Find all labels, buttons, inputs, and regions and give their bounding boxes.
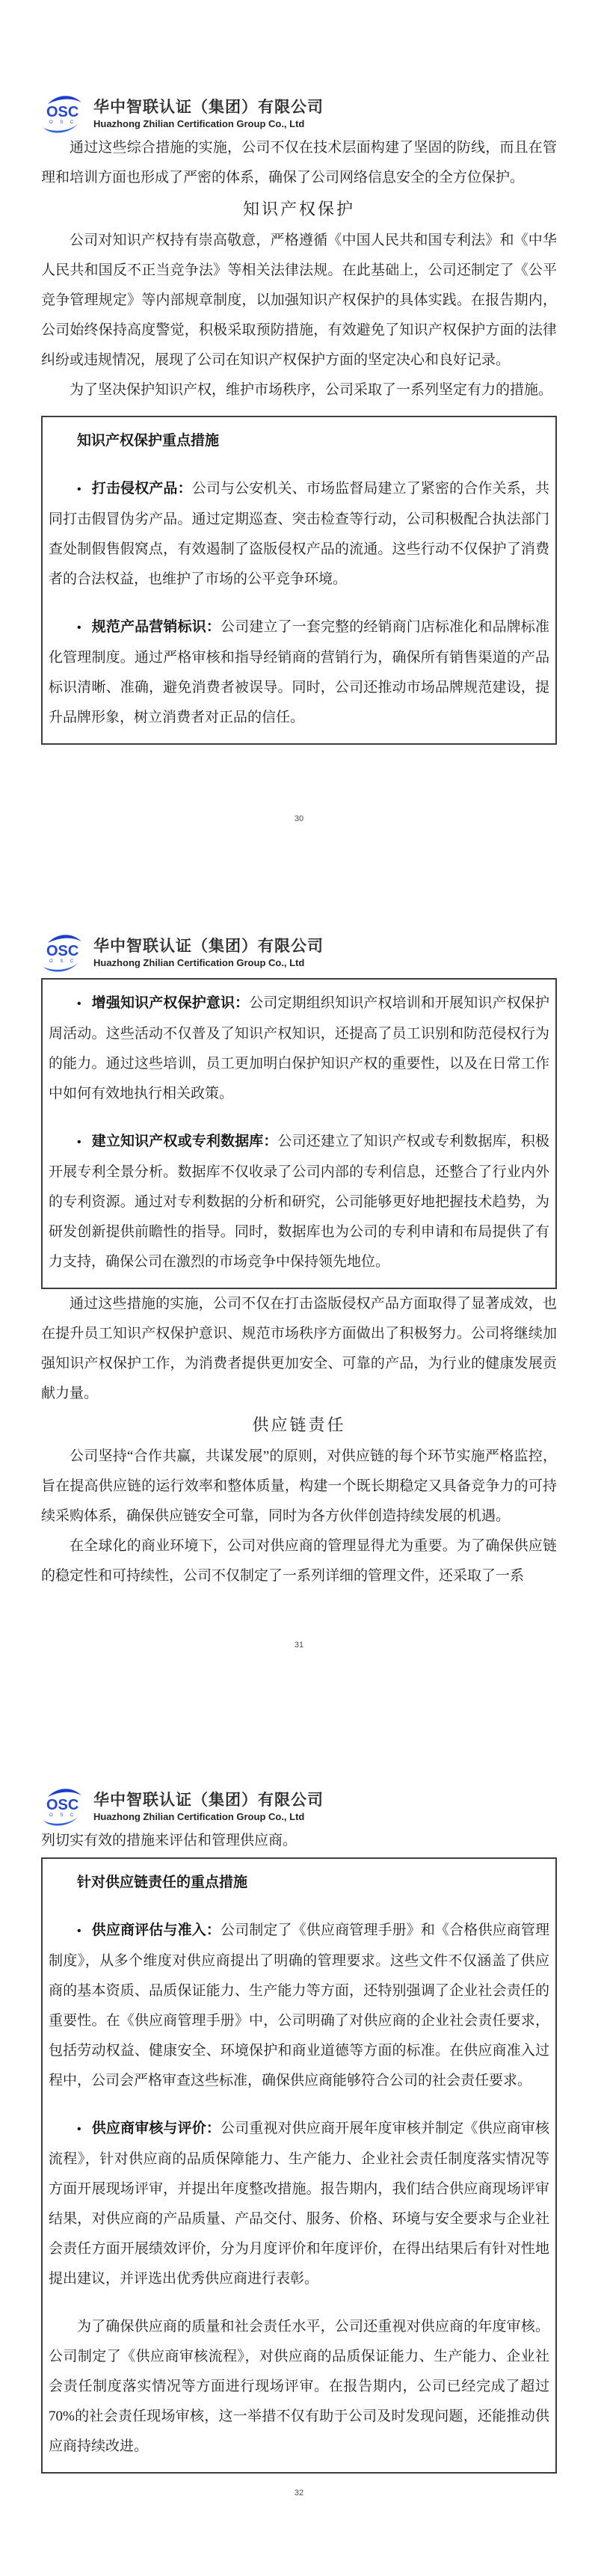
company-name-cn: 华中智联认证（集团）有限公司 <box>93 1790 324 1810</box>
paragraph-supplier-management-continued: 列切实有效的措施来评估和管理供应商。 <box>41 1826 557 1856</box>
measure-text: 公司定期组织知识产权培训和开展知识产权保护周活动。这些活动不仅普及了知识产权知识… <box>49 995 549 1101</box>
logo-subtext: O S C <box>49 120 76 125</box>
section-title-supply-chain: 供应链责任 <box>41 1409 557 1442</box>
measure-label: 规范产品营销标识： <box>92 619 221 635</box>
logo-subtext: O S C <box>49 1813 76 1818</box>
logo-text: OSC <box>46 943 78 959</box>
measure-item-patent-database: •建立知识产权或专利数据库：公司还建立了知识产权或专利数据库，积极开展专利全景分… <box>49 1127 549 1277</box>
company-name-cn: 华中智联认证（集团）有限公司 <box>93 936 324 956</box>
page-number: 32 <box>0 2488 598 2499</box>
paragraph-network-security-summary: 通过这些综合措施的实施，公司不仅在技术层面构建了坚固的防线，而且在管理和培训方面… <box>41 133 557 193</box>
page-number: 30 <box>0 814 598 825</box>
logo-text: OSC <box>46 1797 78 1813</box>
bullet-icon: • <box>77 1136 81 1149</box>
ip-key-measures-box: 知识产权保护重点措施 •打击侵权产品：公司与公安机关、市场监督局建立了紧密的合作… <box>41 416 557 745</box>
measure-label: 供应商审核与评价： <box>92 2121 221 2136</box>
company-name-en: Huazhong Zhilian Certification Group Co.… <box>93 1810 324 1823</box>
logo-subtext: O S C <box>49 959 76 964</box>
company-names: 华中智联认证（集团）有限公司 Huazhong Zhilian Certific… <box>93 97 324 130</box>
paragraph-ip-results: 通过这些措施的实施，公司不仅在打击盗版侵权产品方面取得了显著成效，也在提升员工知… <box>41 1289 557 1409</box>
company-name-en: Huazhong Zhilian Certification Group Co.… <box>93 956 324 969</box>
measure-item-supplier-assessment: •供应商评估与准入：公司制定了《供应商管理手册》和《合格供应商管理制度》，从多个… <box>49 1916 549 2096</box>
company-logo-icon: OSC O S C <box>41 933 84 972</box>
paragraph-supplier-management: 在全球化的商业环境下，公司对供应商的管理显得尤为重要。为了确保供应链的稳定性和可… <box>41 1531 557 1591</box>
company-header: OSC O S C 华中智联认证（集团）有限公司 Huazhong Zhilia… <box>41 933 557 972</box>
bullet-icon: • <box>77 2123 81 2136</box>
measure-text: 公司重视对供应商开展年度审核并制定《供应商审核流程》，针对供应商的品质保障能力、… <box>49 2121 549 2287</box>
measure-item-ip-awareness: •增强知识产权保护意识：公司定期组织知识产权培训和开展知识产权保护周活动。这些活… <box>49 989 549 1109</box>
section-title-ip-protection: 知识产权保护 <box>41 193 557 226</box>
measure-label: 增强知识产权保护意识： <box>92 995 250 1011</box>
company-name-cn: 华中智联认证（集团）有限公司 <box>93 97 324 117</box>
page-31: OSC O S C 华中智联认证（集团）有限公司 Huazhong Zhilia… <box>0 860 598 1712</box>
logo-text: OSC <box>46 104 78 120</box>
measure-label: 建立知识产权或专利数据库： <box>92 1134 278 1149</box>
box-title-supply-chain-measures: 针对供应链责任的重点措施 <box>49 1868 549 1898</box>
company-logo-icon: OSC O S C <box>41 1787 84 1826</box>
company-header: OSC O S C 华中智联认证（集团）有限公司 Huazhong Zhilia… <box>41 1787 557 1826</box>
box-title-ip-measures: 知识产权保护重点措施 <box>49 426 549 456</box>
company-names: 华中智联认证（集团）有限公司 Huazhong Zhilian Certific… <box>93 936 324 969</box>
measure-label: 供应商评估与准入： <box>92 1922 221 1938</box>
paragraph-supply-chain-principle: 公司坚持“合作共赢，共谋发展”的原则，对供应链的每个环节实施严格监控，旨在提高供… <box>41 1442 557 1531</box>
measure-text: 公司制定了《供应商管理手册》和《合格供应商管理制度》，从多个维度对供应商提出了明… <box>49 1922 549 2088</box>
measure-item-supplier-audit: •供应商审核与评价：公司重视对供应商开展年度审核并制定《供应商审核流程》，针对供… <box>49 2114 549 2294</box>
measure-item-counterfeit-crackdown: •打击侵权产品：公司与公安机关、市场监督局建立了紧密的合作关系，共同打击假冒伪劣… <box>49 474 549 594</box>
supply-chain-measures-box: 针对供应链责任的重点措施 •供应商评估与准入：公司制定了《供应商管理手册》和《合… <box>41 1857 557 2474</box>
paragraph-ip-laws: 公司对知识产权持有崇高敬意，严格遵循《中国人民共和国专利法》和《中华人民共和国反… <box>41 226 557 375</box>
bullet-icon: • <box>77 621 81 634</box>
paragraph-ip-measures-intro: 为了坚决保护知识产权，维护市场秩序，公司采取了一系列坚定有力的措施。 <box>41 375 557 405</box>
measure-text: 公司与公安机关、市场监督局建立了紧密的合作关系，共同打击假冒伪劣产品。通过定期巡… <box>49 481 549 587</box>
company-name-en: Huazhong Zhilian Certification Group Co.… <box>93 117 324 130</box>
ip-key-measures-box-continued: •增强知识产权保护意识：公司定期组织知识产权培训和开展知识产权保护周活动。这些活… <box>41 978 557 1289</box>
paragraph-annual-audit: 为了确保供应商的质量和社会责任水平，公司还重视对供应商的年度审核。公司制定了《供… <box>49 2312 549 2462</box>
measure-text: 公司还建立了知识产权或专利数据库，积极开展专利全景分析。数据库不仅收录了公司内部… <box>49 1134 549 1270</box>
company-names: 华中智联认证（集团）有限公司 Huazhong Zhilian Certific… <box>93 1790 324 1823</box>
company-logo-icon: OSC O S C <box>41 94 84 133</box>
bullet-icon: • <box>77 483 81 496</box>
measure-text: 公司建立了一套完整的经销商门店标准化和品牌标准化管理制度。通过严格审核和指导经销… <box>49 619 549 725</box>
company-header: OSC O S C 华中智联认证（集团）有限公司 Huazhong Zhilia… <box>41 94 557 133</box>
bullet-icon: • <box>77 1925 81 1937</box>
page-30: OSC O S C 华中智联认证（集团）有限公司 Huazhong Zhilia… <box>0 0 598 860</box>
bullet-icon: • <box>77 997 81 1010</box>
page-number: 31 <box>0 1640 598 1651</box>
measure-item-marketing-labels: •规范产品营销标识：公司建立了一套完整的经销商门店标准化和品牌标准化管理制度。通… <box>49 612 549 733</box>
page-32: OSC O S C 华中智联认证（集团）有限公司 Huazhong Zhilia… <box>0 1712 598 2576</box>
measure-label: 打击侵权产品： <box>92 481 192 497</box>
